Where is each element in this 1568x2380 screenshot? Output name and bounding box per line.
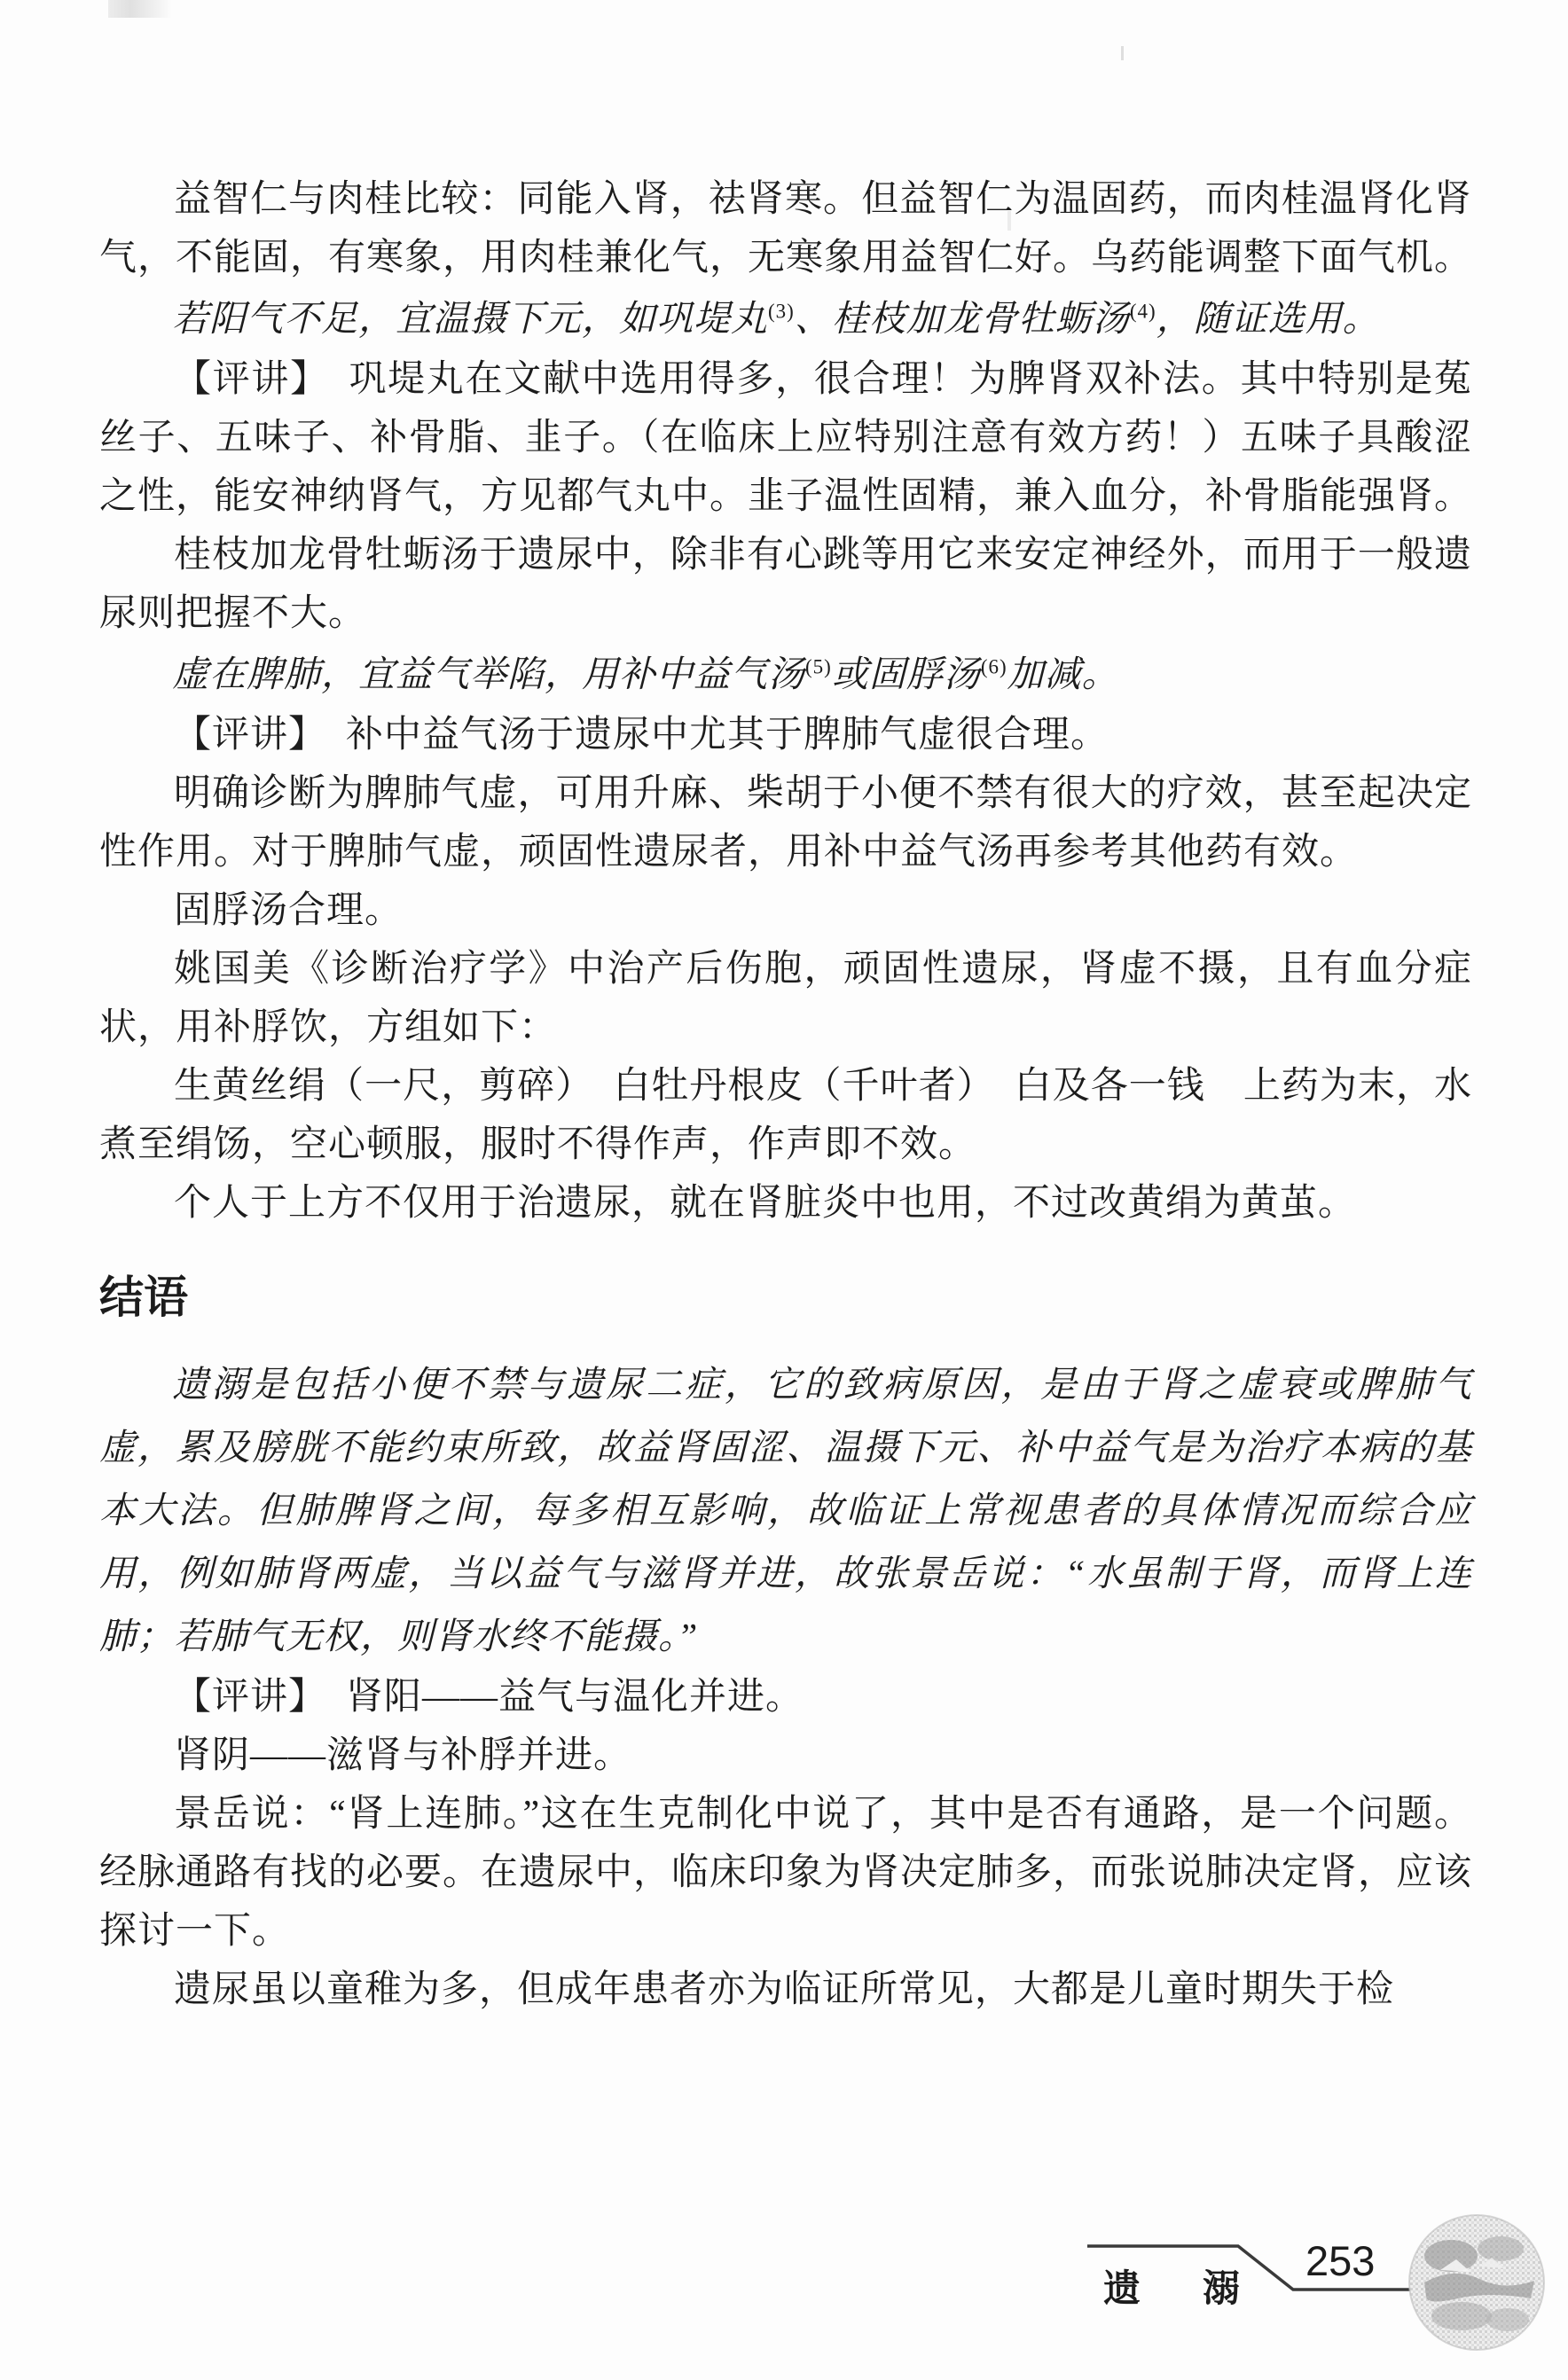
paragraph-jingyue-quote: 景岳说：“肾上连肺。”这在生克制化中说了，其中是否有通路，是一个问题。经脉通路有… [99, 1785, 1472, 1961]
paragraph-bupaoyin-recipe: 生黄丝绢（一尺，剪碎） 白牡丹根皮（千叶者） 白及各一钱 上药为末，水煮至绢饧，… [99, 1057, 1472, 1174]
paragraph-comment-buzhongyiqi: 【评讲】 补中益气汤于遗尿中尤其于脾肺气虚很合理。 [99, 706, 1472, 764]
paragraph-gupaotang: 固脬汤合理。 [99, 881, 1472, 940]
paragraph-guizhi-decoction: 桂枝加龙骨牡蛎汤于遗尿中，除非有心跳等用它来安定神经外，而用于一般遗尿则把握不大… [99, 526, 1472, 643]
footnote-ref-4: (4) [1130, 300, 1156, 322]
text-run: 若阳气不足，宜温摄下元，如巩堤丸 [172, 298, 768, 339]
landscape-stamp-image [1405, 2213, 1548, 2353]
scan-artifact [108, 0, 172, 18]
paragraph-comment-gongdiwan: 【评讲】 巩堤丸在文献中选用得多，很合理！为脾肾双补法。其中特别是菟丝子、五味子… [99, 350, 1472, 526]
paragraph-enuresis-children: 遗尿虽以童稚为多，但成年患者亦为临证所常见，大都是儿童时期失于检 [99, 1961, 1472, 2019]
paragraph-personal-use: 个人于上方不仅用于治遗尿，就在肾脏炎中也用，不过改黄绢为黄茧。 [99, 1174, 1472, 1233]
text-run: 、桂枝加龙骨牡蛎汤 [795, 298, 1130, 339]
paragraph-spleen-lung-deficiency: 虚在脾肺，宜益气举陷，用补中益气汤(5)或固脬汤(6)加减。 [99, 643, 1472, 706]
page-number: 253 [1305, 2236, 1375, 2285]
book-page: 益智仁与肉桂比较：同能入肾，祛肾寒。但益智仁为温固药，而肉桂温肾化肾气，不能固，… [0, 0, 1568, 2380]
scan-artifact [1121, 46, 1124, 60]
footnote-ref-5: (5) [805, 655, 832, 677]
footnote-ref-6: (6) [981, 655, 1007, 677]
paragraph-diagnosis-spleen-lung: 明确诊断为脾肺气虚，可用升麻、柴胡于小便不禁有很大的疗效，甚至起决定性作用。对于… [99, 764, 1472, 881]
page-body: 益智仁与肉桂比较：同能入肾，祛肾寒。但益智仁为温固药，而肉桂温肾化肾气，不能固，… [99, 170, 1472, 2019]
chapter-title-char: 遗 [1103, 2259, 1141, 2313]
paragraph-yaoguomei-book: 姚国美《诊断治疗学》中治产后伤胞，顽固性遗尿，肾虚不摄，且有血分症状，用补脬饮，… [99, 940, 1472, 1057]
text-run: 加减。 [1007, 654, 1119, 694]
chapter-title: 遗 溺 [1103, 2259, 1240, 2313]
paragraph-yizhiren-comparison: 益智仁与肉桂比较：同能入肾，祛肾寒。但益智仁为温固药，而肉桂温肾化肾气，不能固，… [99, 170, 1472, 287]
text-run: 或固脬汤 [832, 654, 981, 694]
paragraph-comment-kidney-yang: 【评讲】 肾阳——益气与温化并进。 [99, 1668, 1472, 1726]
paragraph-yangqi-deficiency: 若阳气不足，宜温摄下元，如巩堤丸(3)、桂枝加龙骨牡蛎汤(4)，随证选用。 [99, 287, 1472, 350]
text-run: ，随证选用。 [1156, 298, 1380, 339]
section-heading-conclusion: 结语 [99, 1272, 1472, 1323]
paragraph-kidney-yin: 肾阴——滋肾与补脬并进。 [99, 1726, 1472, 1785]
paragraph-conclusion-summary: 遗溺是包括小便不禁与遗尿二症，它的致病原因，是由于肾之虚衰或脾肺气虚，累及膀胱不… [99, 1353, 1472, 1668]
chapter-title-char: 溺 [1203, 2259, 1240, 2313]
text-run: 虚在脾肺，宜益气举陷，用补中益气汤 [172, 654, 805, 694]
footnote-ref-3: (3) [768, 300, 795, 322]
